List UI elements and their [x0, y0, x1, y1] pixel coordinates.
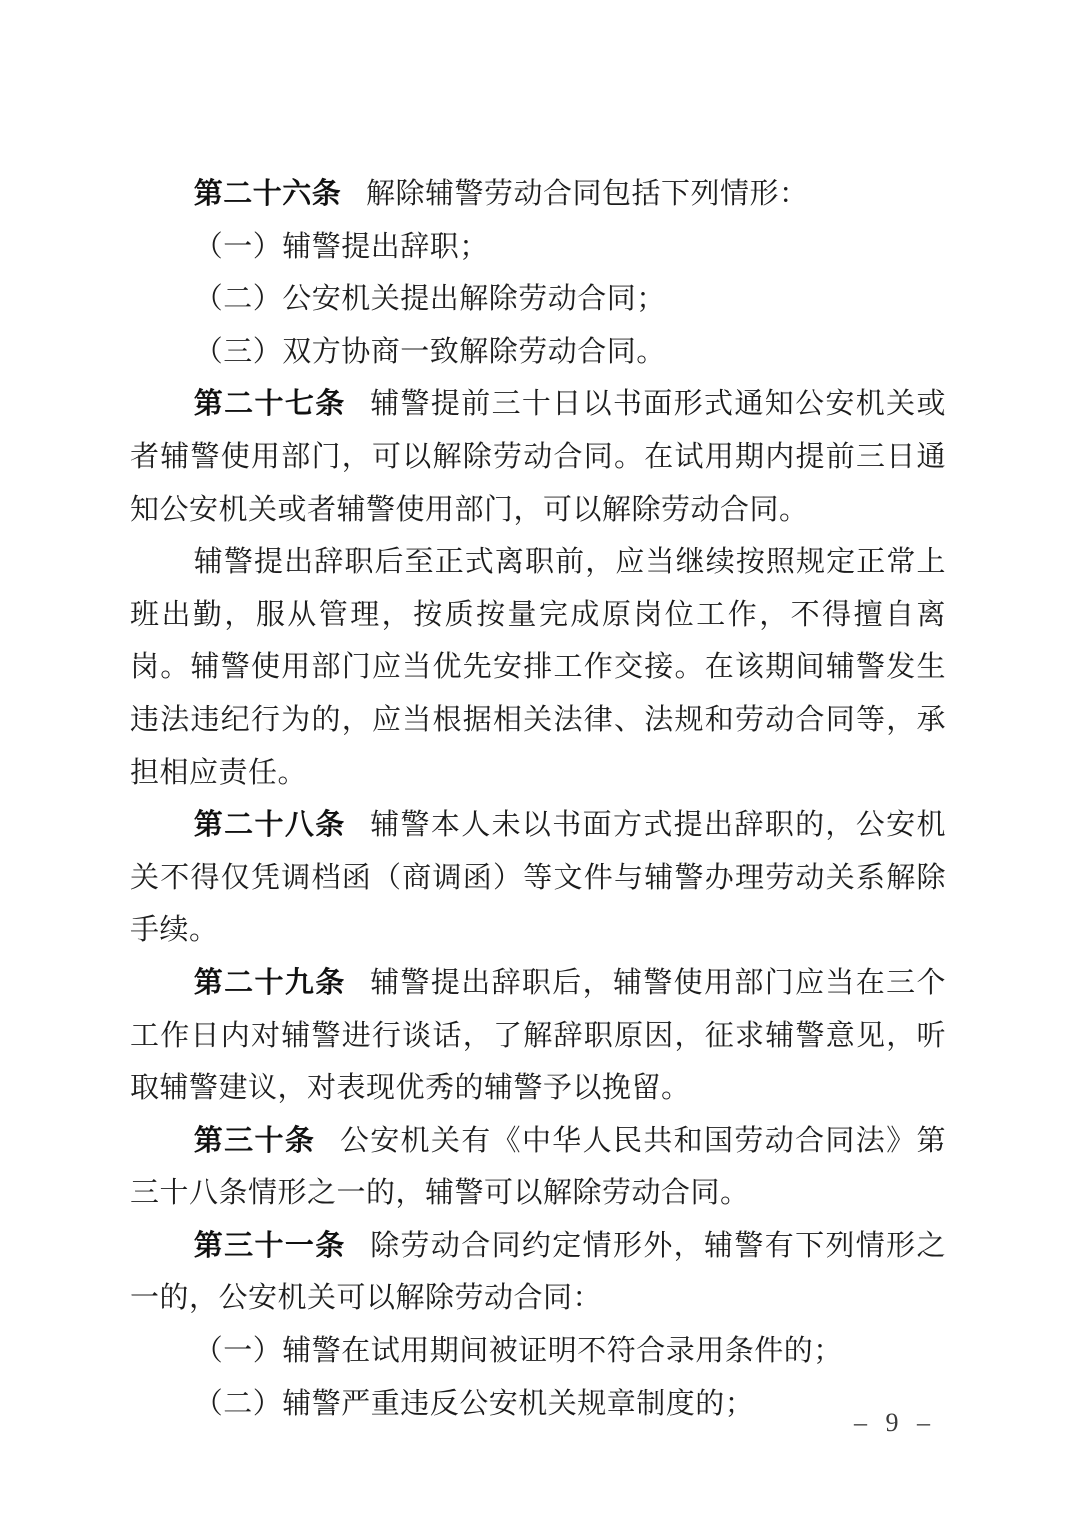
page-number: – 9 –: [854, 1408, 936, 1438]
article-number: 第二十九条: [194, 967, 346, 999]
paragraph: 第三十一条除劳动合同约定情形外，辅警有下列情形之一的，公安机关可以解除劳动合同：: [130, 1220, 946, 1325]
article-number: 第三十条: [194, 1125, 315, 1157]
document-page: 第二十六条解除辅警劳动合同包括下列情形：（一）辅警提出辞职；（二）公安机关提出解…: [0, 0, 1074, 1520]
paragraph-text: （一）辅警提出辞职；: [194, 231, 489, 263]
article-number: 第三十一条: [194, 1230, 346, 1262]
paragraph: 第二十八条辅警本人未以书面方式提出辞职的，公安机关不得仅凭调档函（商调函）等文件…: [130, 799, 946, 957]
paragraph-text: 解除辅警劳动合同包括下列情形：: [366, 178, 809, 210]
article-number: 第二十七条: [194, 388, 346, 420]
paragraph-text: （三）双方协商一致解除劳动合同。: [194, 336, 666, 368]
paragraph: 第二十六条解除辅警劳动合同包括下列情形：: [130, 168, 946, 221]
paragraph: 第三十条公安机关有《中华人民共和国劳动合同法》第三十八条情形之一的，辅警可以解除…: [130, 1115, 946, 1220]
paragraph: （二）公安机关提出解除劳动合同；: [130, 273, 946, 326]
paragraph: （二）辅警严重违反公安机关规章制度的；: [130, 1378, 946, 1431]
paragraph: （一）辅警在试用期间被证明不符合录用条件的；: [130, 1325, 946, 1378]
paragraph-text: 辅警提出辞职后至正式离职前，应当继续按照规定正常上班出勤，服从管理，按质按量完成…: [130, 546, 946, 788]
paragraph: （三）双方协商一致解除劳动合同。: [130, 326, 946, 379]
paragraph-text: （一）辅警在试用期间被证明不符合录用条件的；: [194, 1335, 843, 1367]
document-body: 第二十六条解除辅警劳动合同包括下列情形：（一）辅警提出辞职；（二）公安机关提出解…: [130, 168, 946, 1430]
paragraph: （一）辅警提出辞职；: [130, 221, 946, 274]
paragraph: 第二十九条辅警提出辞职后，辅警使用部门应当在三个工作日内对辅警进行谈话，了解辞职…: [130, 957, 946, 1115]
article-number: 第二十八条: [194, 809, 346, 841]
paragraph-text: （二）公安机关提出解除劳动合同；: [194, 283, 666, 315]
paragraph: 辅警提出辞职后至正式离职前，应当继续按照规定正常上班出勤，服从管理，按质按量完成…: [130, 536, 946, 799]
article-number: 第二十六条: [194, 178, 342, 210]
paragraph-text: （二）辅警严重违反公安机关规章制度的；: [194, 1388, 755, 1420]
paragraph: 第二十七条辅警提前三十日以书面形式通知公安机关或者辅警使用部门，可以解除劳动合同…: [130, 378, 946, 536]
